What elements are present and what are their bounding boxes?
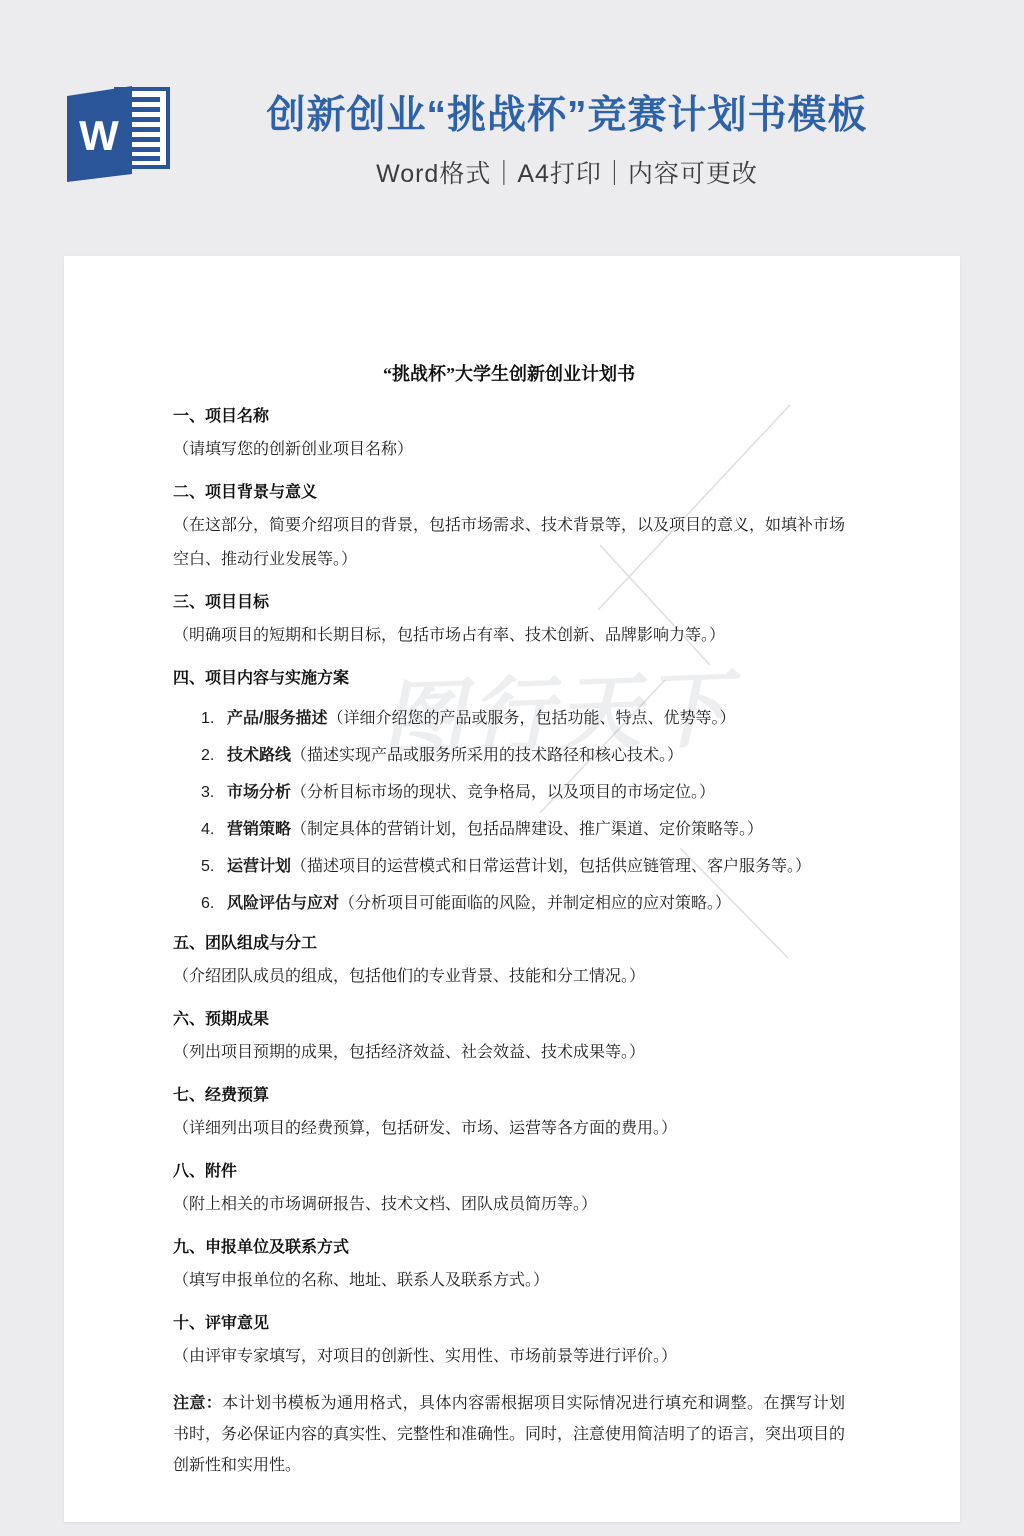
section-heading: 十、评审意见	[173, 1309, 845, 1339]
section-heading: 一、项目名称	[173, 402, 845, 432]
list-item-number: 6.	[201, 892, 227, 916]
section-paragraph: （附上相关的市场调研报告、技术文档、团队成员简历等。）	[173, 1188, 845, 1222]
list-item: 3.市场分析（分析目标市场的现状、竞争格局，以及项目的市场定位。）	[201, 781, 845, 805]
section-paragraph: （介绍团队成员的组成，包括他们的专业背景、技能和分工情况。）	[173, 960, 845, 994]
list-item-number: 4.	[201, 818, 227, 842]
list-item-number: 5.	[201, 855, 227, 879]
section-project-name: 一、项目名称 （请填写您的创新创业项目名称）	[173, 402, 845, 467]
section-attachments: 八、附件 （附上相关的市场调研报告、技术文档、团队成员简历等。）	[173, 1157, 845, 1222]
section-content-plan: 四、项目内容与实施方案 1.产品/服务描述（详细介绍您的产品或服务，包括功能、特…	[173, 664, 845, 916]
list-item: 1.产品/服务描述（详细介绍您的产品或服务，包括功能、特点、优势等。）	[201, 707, 845, 731]
list-item-term: 技术路线	[227, 747, 291, 764]
template-title: 创新创业“挑战杯”竞赛计划书模板	[110, 92, 1024, 140]
list-item-term: 营销策略	[227, 821, 291, 838]
section-paragraph: （请填写您的创新创业项目名称）	[173, 433, 845, 467]
header-text-block: 创新创业“挑战杯”竞赛计划书模板 Word格式｜A4打印｜内容可更改	[110, 92, 1024, 190]
closing-note: 注意：本计划书模板为通用格式，具体内容需根据项目实际情况进行填充和调整。在撰写计…	[173, 1388, 845, 1481]
section-heading: 八、附件	[173, 1157, 845, 1187]
list-item-desc: （制定具体的营销计划，包括品牌建设、推广渠道、定价策略等。）	[291, 821, 763, 838]
document-page: 图行天下 “挑战杯”大学生创新创业计划书 一、项目名称 （请填写您的创新创业项目…	[64, 256, 960, 1522]
note-label: 注意：	[173, 1395, 222, 1412]
section-expected-results: 六、预期成果 （列出项目预期的成果，包括经济效益、社会效益、技术成果等。）	[173, 1005, 845, 1070]
list-item: 5.运营计划（描述项目的运营模式和日常运营计划，包括供应链管理、客户服务等。）	[201, 855, 845, 879]
section-budget: 七、经费预算 （详细列出项目的经费预算，包括研发、市场、运营等各方面的费用。）	[173, 1081, 845, 1146]
list-item-term: 产品/服务描述	[227, 710, 327, 727]
section-heading: 五、团队组成与分工	[173, 929, 845, 959]
document-title: “挑战杯”大学生创新创业计划书	[173, 362, 845, 386]
section-team: 五、团队组成与分工 （介绍团队成员的组成，包括他们的专业背景、技能和分工情况。）	[173, 929, 845, 994]
list-item-number: 3.	[201, 781, 227, 805]
section-goals: 三、项目目标 （明确项目的短期和长期目标，包括市场占有率、技术创新、品牌影响力等…	[173, 588, 845, 653]
section-heading: 四、项目内容与实施方案	[173, 664, 845, 694]
template-subtitle: Word格式｜A4打印｜内容可更改	[110, 154, 1024, 190]
section-paragraph: （详细列出项目的经费预算，包括研发、市场、运营等各方面的费用。）	[173, 1112, 845, 1146]
list-item-term: 风险评估与应对	[227, 895, 339, 912]
document-content: “挑战杯”大学生创新创业计划书 一、项目名称 （请填写您的创新创业项目名称） 二…	[173, 362, 845, 1481]
section-paragraph: （填写申报单位的名称、地址、联系人及联系方式。）	[173, 1264, 845, 1298]
list-item-desc: （描述实现产品或服务所采用的技术路径和核心技术。）	[291, 747, 683, 764]
list-item-desc: （分析目标市场的现状、竞争格局，以及项目的市场定位。）	[291, 784, 715, 801]
list-item-desc: （详细介绍您的产品或服务，包括功能、特点、优势等。）	[327, 710, 735, 727]
section-heading: 二、项目背景与意义	[173, 478, 845, 508]
section-heading: 三、项目目标	[173, 588, 845, 618]
list-item-number: 1.	[201, 707, 227, 731]
list-item-desc: （分析项目可能面临的风险，并制定相应的应对策略。）	[339, 895, 731, 912]
section-paragraph: （由评审专家填写，对项目的创新性、实用性、市场前景等进行评价。）	[173, 1340, 845, 1374]
section-paragraph: （列出项目预期的成果，包括经济效益、社会效益、技术成果等。）	[173, 1036, 845, 1070]
section-paragraph: （明确项目的短期和长期目标，包括市场占有率、技术创新、品牌影响力等。）	[173, 619, 845, 653]
section-heading: 七、经费预算	[173, 1081, 845, 1111]
list-item-term: 运营计划	[227, 858, 291, 875]
list-item-desc: （描述项目的运营模式和日常运营计划，包括供应链管理、客户服务等。）	[291, 858, 811, 875]
section-review-comments: 十、评审意见 （由评审专家填写，对项目的创新性、实用性、市场前景等进行评价。）	[173, 1309, 845, 1374]
template-header: W 创新创业“挑战杯”竞赛计划书模板 Word格式｜A4打印｜内容可更改	[0, 0, 1024, 256]
list-item: 6.风险评估与应对（分析项目可能面临的风险，并制定相应的应对策略。）	[201, 892, 845, 916]
list-item-number: 2.	[201, 744, 227, 768]
section-heading: 九、申报单位及联系方式	[173, 1233, 845, 1263]
list-item: 4.营销策略（制定具体的营销计划，包括品牌建设、推广渠道、定价策略等。）	[201, 818, 845, 842]
list-item: 2.技术路线（描述实现产品或服务所采用的技术路径和核心技术。）	[201, 744, 845, 768]
section-background: 二、项目背景与意义 （在这部分，简要介绍项目的背景，包括市场需求、技术背景等，以…	[173, 478, 845, 577]
section-heading: 六、预期成果	[173, 1005, 845, 1035]
note-text: 本计划书模板为通用格式，具体内容需根据项目实际情况进行填充和调整。在撰写计划书时…	[173, 1395, 845, 1474]
list-item-term: 市场分析	[227, 784, 291, 801]
section-applicant-contact: 九、申报单位及联系方式 （填写申报单位的名称、地址、联系人及联系方式。）	[173, 1233, 845, 1298]
implementation-list: 1.产品/服务描述（详细介绍您的产品或服务，包括功能、特点、优势等。） 2.技术…	[173, 707, 845, 916]
section-paragraph: （在这部分，简要介绍项目的背景，包括市场需求、技术背景等，以及项目的意义，如填补…	[173, 509, 845, 577]
